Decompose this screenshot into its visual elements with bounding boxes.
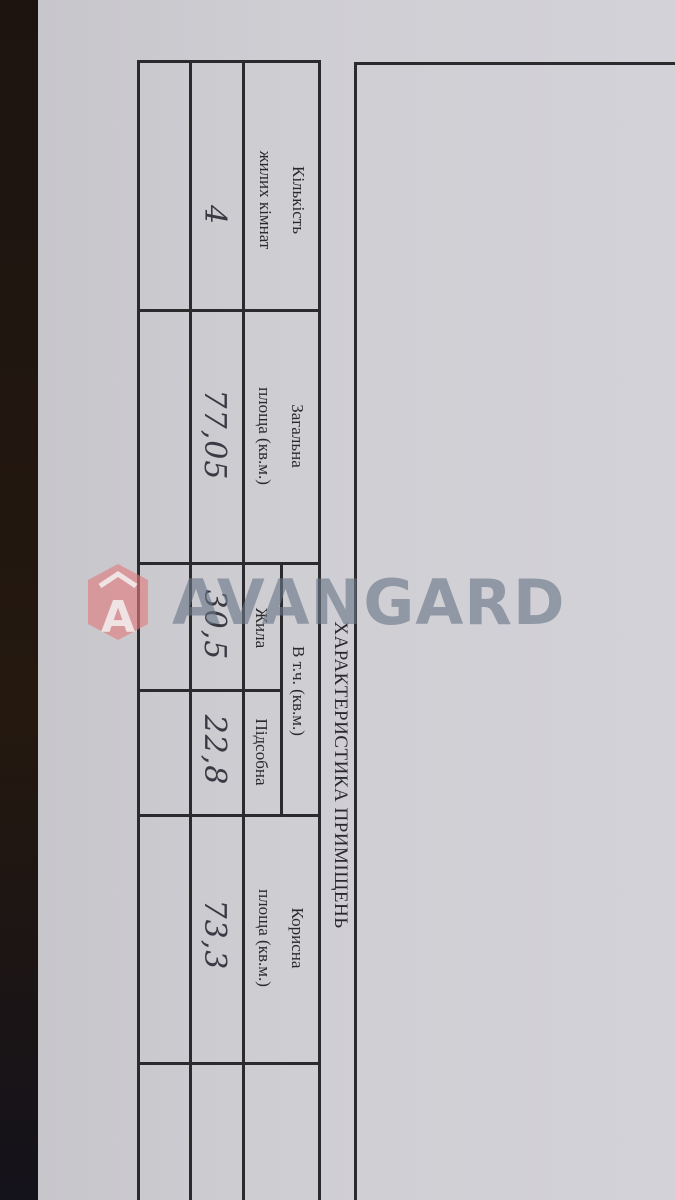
avangard-logo-icon: A: [86, 562, 150, 642]
header-useful-area-line2: площа (кв.м.): [255, 889, 274, 987]
frame-line: [354, 62, 675, 65]
header-total-area-line1: Загальна: [288, 404, 307, 468]
header-rooms: Кількість жилих кімнат: [252, 76, 312, 324]
header-total-area: Загальна площа (кв.м.): [251, 311, 311, 561]
svg-text:A: A: [101, 592, 135, 642]
watermark: A AVANGARD: [86, 560, 566, 644]
header-useful-area: Корисна площа (кв.м.): [251, 813, 311, 1063]
value-auxiliary: 22,8: [190, 690, 240, 810]
header-useful-area-line1: Корисна: [288, 908, 307, 969]
header-total-area-line2: площа (кв.м.): [255, 387, 274, 485]
value-total-area: 77,05: [190, 360, 240, 510]
desk-background: [0, 0, 38, 1200]
header-rooms-line1: Кількість: [289, 166, 308, 234]
header-auxiliary: Підсобна: [244, 690, 280, 814]
table-line: [137, 60, 321, 63]
header-rooms-line2: жилих кімнат: [256, 151, 275, 250]
value-useful-area: 73,3: [190, 860, 240, 1010]
watermark-text: AVANGARD: [172, 566, 566, 639]
value-rooms: 4: [190, 140, 240, 290]
